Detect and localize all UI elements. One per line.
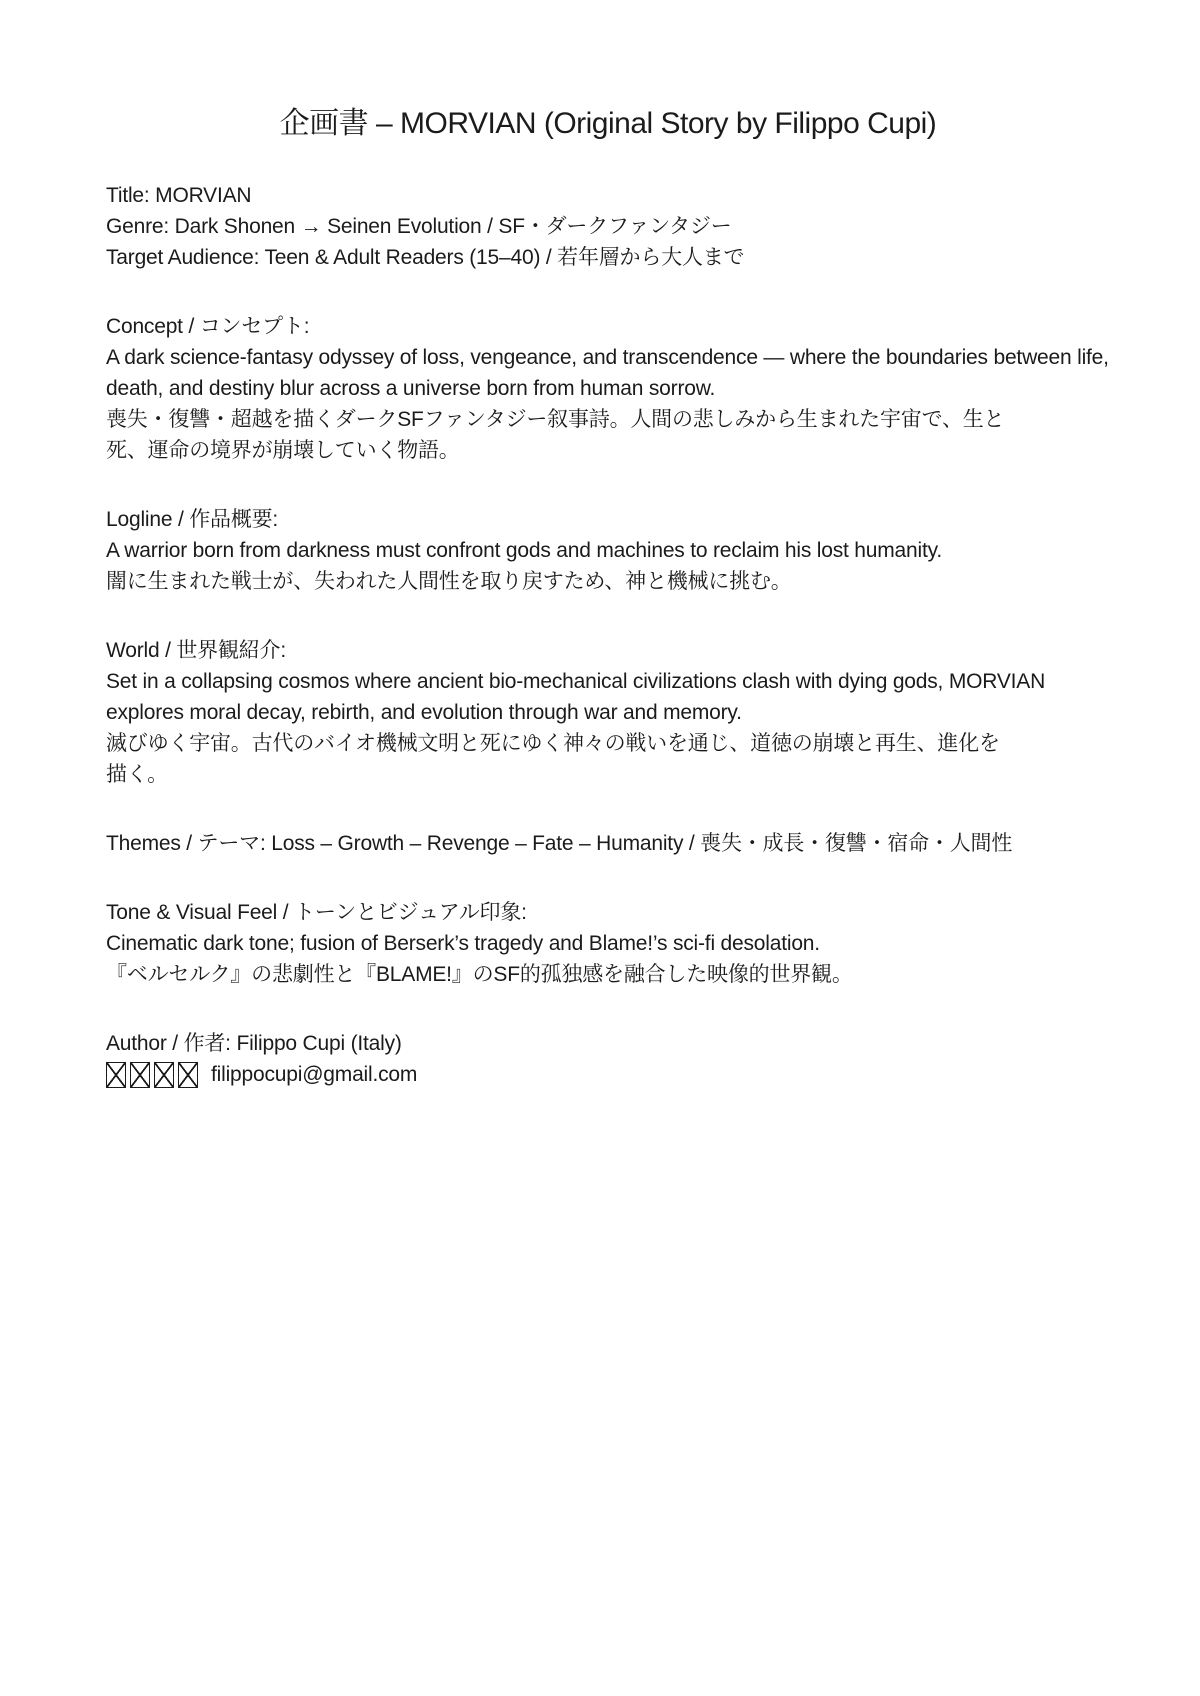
concept-japanese-line-1: 喪失・復讐・超越を描くダークSFファンタジー叙事詩。人間の悲しみから生まれた宇宙… <box>106 404 1110 435</box>
concept-english-line-2: death, and destiny blur across a univers… <box>106 373 1110 404</box>
section-logline: Logline / 作品概要: A warrior born from dark… <box>106 504 1110 597</box>
title-line: Title: MORVIAN <box>106 180 1110 211</box>
missing-glyph-icon <box>106 1062 126 1088</box>
target-audience-line: Target Audience: Teen & Adult Readers (1… <box>106 242 1110 273</box>
missing-glyph-icon <box>130 1062 150 1088</box>
world-japanese-line-1: 滅びゆく宇宙。古代のバイオ機械文明と死にゆく神々の戦いを通じ、道徳の崩壊と再生、… <box>106 728 1110 759</box>
concept-english-line-1: A dark science-fantasy odyssey of loss, … <box>106 342 1110 373</box>
world-heading: World / 世界観紹介: <box>106 635 1110 666</box>
world-english-line-1: Set in a collapsing cosmos where ancient… <box>106 666 1110 697</box>
missing-glyph-icons <box>106 1062 202 1088</box>
tone-english-line: Cinematic dark tone; fusion of Berserk’s… <box>106 928 1110 959</box>
section-world: World / 世界観紹介: Set in a collapsing cosmo… <box>106 635 1110 790</box>
author-line: Author / 作者: Filippo Cupi (Italy) <box>106 1028 1110 1059</box>
tone-heading: Tone & Visual Feel / トーンとビジュアル印象: <box>106 897 1110 928</box>
tone-japanese-line: 『ベルセルク』の悲劇性と『BLAME!』のSF的孤独感を融合した映像的世界観。 <box>106 959 1110 990</box>
missing-glyph-icon <box>154 1062 174 1088</box>
document-page: 企画書 – MORVIAN (Original Story by Filippo… <box>0 0 1200 1696</box>
world-japanese-line-2: 描く。 <box>106 759 1110 790</box>
section-themes: Themes / テーマ: Loss – Growth – Revenge – … <box>106 828 1110 859</box>
document-title: 企画書 – MORVIAN (Original Story by Filippo… <box>106 102 1110 146</box>
genre-line: Genre: Dark Shonen → Seinen Evolution / … <box>106 211 1110 242</box>
section-tone: Tone & Visual Feel / トーンとビジュアル印象: Cinema… <box>106 897 1110 990</box>
world-english-line-2: explores moral decay, rebirth, and evolu… <box>106 697 1110 728</box>
email-line: filippocupi@gmail.com <box>106 1059 1110 1090</box>
section-header-info: Title: MORVIAN Genre: Dark Shonen → Sein… <box>106 180 1110 273</box>
concept-heading: Concept / コンセプト: <box>106 311 1110 342</box>
section-concept: Concept / コンセプト: A dark science-fantasy … <box>106 311 1110 466</box>
logline-japanese-line: 闇に生まれた戦士が、失われた人間性を取り戻すため、神と機械に挑む。 <box>106 566 1110 597</box>
themes-line: Themes / テーマ: Loss – Growth – Revenge – … <box>106 828 1110 859</box>
author-email: filippocupi@gmail.com <box>211 1059 417 1090</box>
logline-english-line: A warrior born from darkness must confro… <box>106 535 1110 566</box>
logline-heading: Logline / 作品概要: <box>106 504 1110 535</box>
concept-japanese-line-2: 死、運命の境界が崩壊していく物語。 <box>106 435 1110 466</box>
missing-glyph-icon <box>178 1062 198 1088</box>
section-author: Author / 作者: Filippo Cupi (Italy) filipp… <box>106 1028 1110 1090</box>
